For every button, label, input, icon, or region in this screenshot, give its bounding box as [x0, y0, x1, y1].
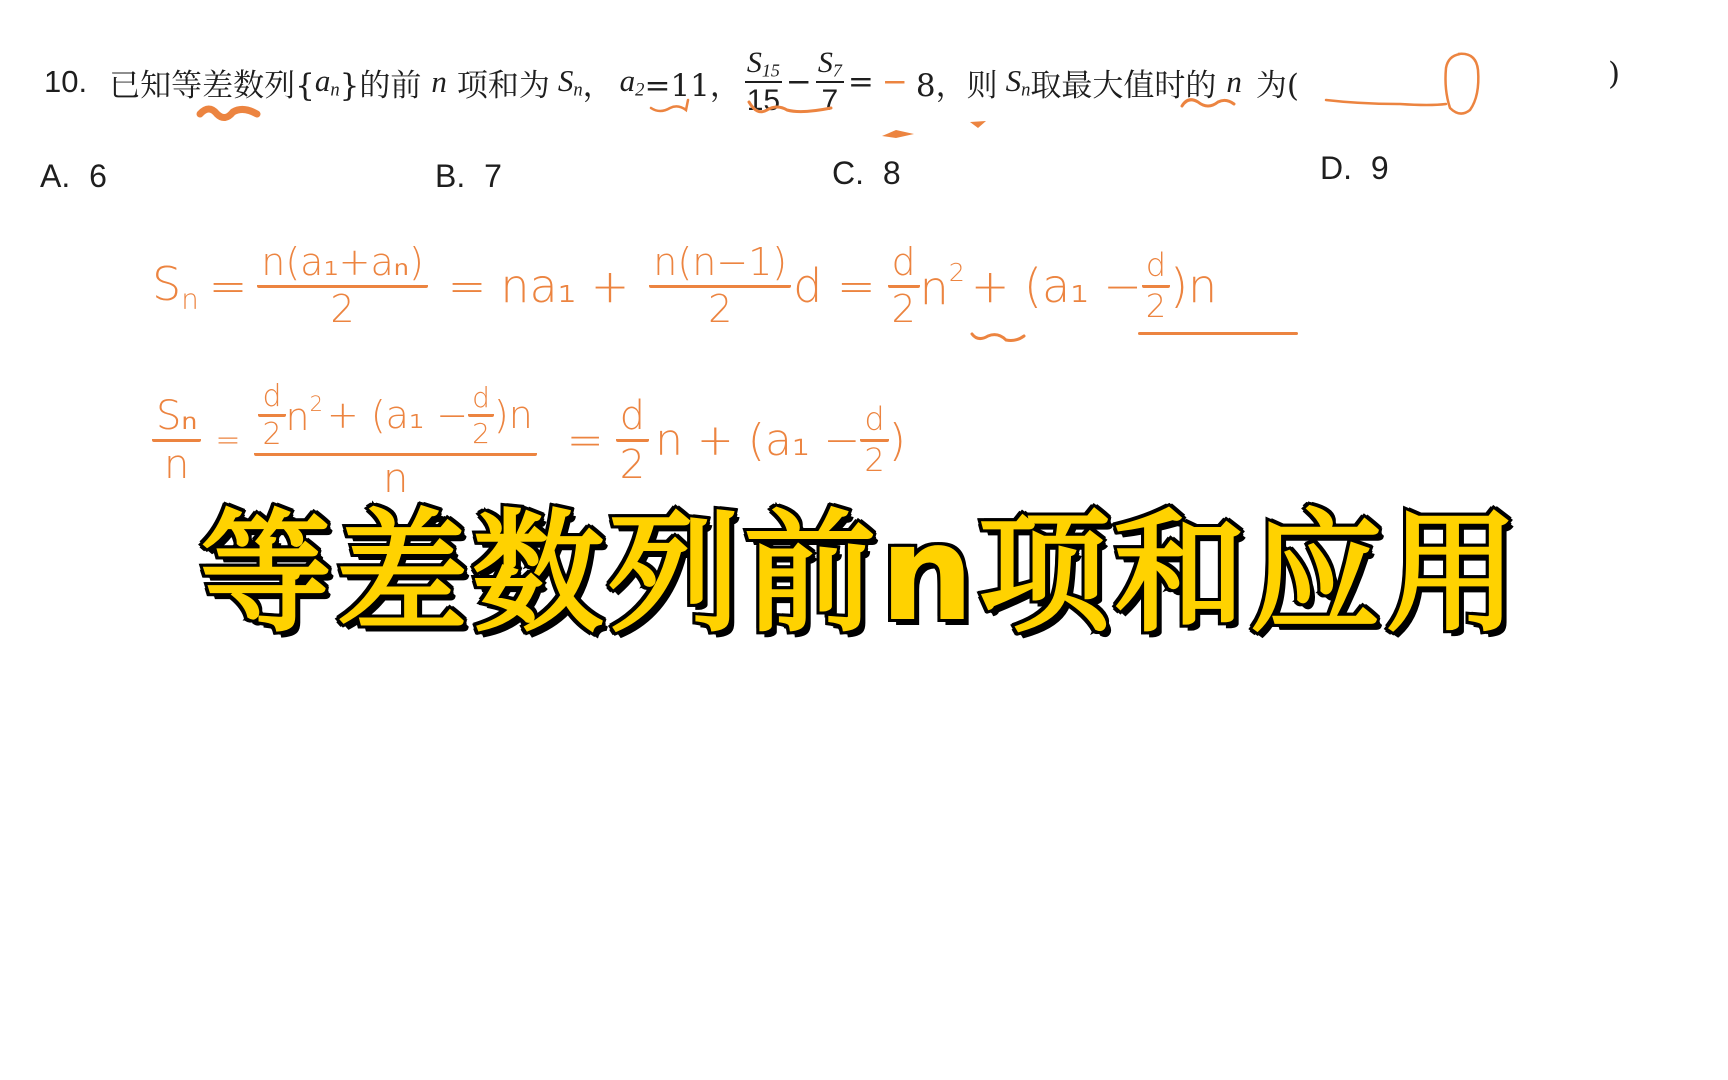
hw-frac-d-over-2-e: d 2 [616, 395, 649, 486]
arrow-under-15-icon [878, 124, 918, 144]
question-text-2: }的前 [340, 60, 422, 105]
hw-squiggle-under-2-icon [968, 328, 1028, 346]
hw-plus-a1-minus-b: + (a₁ − [327, 396, 468, 436]
tick-under-7-icon [966, 118, 990, 130]
a-2: a2 [620, 63, 645, 102]
hw-close-n: )n [1170, 259, 1217, 313]
hw-big-fraction-denominator: n [383, 456, 408, 500]
hw-frac-Sn-over-n: Sₙ n [152, 395, 201, 486]
hw-frac-n-a1-an-over-2: n(a₁+aₙ) 2 [257, 243, 428, 330]
question-text-1: 已知等差数列{ [109, 60, 315, 105]
var-n: n [431, 64, 447, 100]
option-a-label: A. [40, 158, 70, 194]
squiggle-under-dengcha-icon [195, 100, 265, 126]
option-c-label: C. [832, 155, 864, 191]
handwriting-row-1: Sn = n(a₁+aₙ) 2 = na₁ + n(n−1) 2 d = d 2… [152, 236, 1217, 336]
hw-frac-n-n-1-over-2: n(n−1) 2 [649, 243, 791, 330]
handwriting-row-2: Sₙ n = d 2 n2 + (a₁ − d 2 )n n = d 2 n +… [152, 370, 906, 510]
option-b: B. 7 [435, 158, 502, 195]
answer-close-paren: ) [1608, 56, 1620, 92]
hw-n2-b: n2 [286, 394, 323, 438]
equals-sign: = [848, 64, 874, 100]
option-a: A. 6 [40, 158, 107, 195]
squiggle-under-Sn-icon [648, 98, 692, 118]
hw-frac-d-over-2-c: d 2 [258, 381, 285, 451]
question-text-4: 8，则 [916, 60, 998, 105]
hw-big-fraction: d 2 n2 + (a₁ − d 2 )n n [254, 381, 536, 500]
hw-n-squared: n2 [920, 258, 965, 315]
hw-eq-4: = [567, 415, 604, 466]
hw-plus-a1-minus: + (a₁ − [971, 259, 1142, 313]
hw-eq-1: = [209, 259, 248, 313]
S-n: Sn [558, 63, 583, 102]
option-b-value: 7 [484, 158, 502, 194]
hw-d-eq: d = [793, 259, 875, 313]
hw-eq-2: = [448, 259, 487, 313]
hw-Sn: Sn [152, 257, 199, 315]
hw-close-n-b: )n [494, 396, 533, 436]
hw-frac-d-over-2-a: d 2 [888, 243, 920, 330]
hw-frac-d-over-2-b: d 2 [1142, 249, 1170, 323]
hw-n-plus-a1-minus: n + (a₁ − [655, 415, 860, 466]
option-a-value: 6 [89, 158, 107, 194]
option-d-value: 9 [1371, 150, 1389, 186]
question-number: 10. [44, 64, 87, 100]
minus-sign: − [786, 64, 812, 100]
question-text-3: 项和为 [457, 60, 550, 105]
hw-close-paren: ) [889, 415, 906, 466]
hw-frac-d-over-2-d: d 2 [468, 383, 494, 449]
comma: ， [583, 60, 614, 105]
option-c-value: 8 [883, 155, 901, 191]
hw-underline-linear-term [1138, 332, 1298, 335]
option-c: C. 8 [832, 155, 901, 192]
hw-frac-d-over-2-f: d 2 [860, 403, 888, 477]
squiggle-under-Sn-2-icon [1178, 92, 1238, 114]
hw-eq-3: = [215, 423, 240, 458]
squiggle-under-a2-icon [745, 96, 835, 120]
option-d: D. 9 [1320, 150, 1389, 187]
hw-na1-plus: na₁ + [500, 259, 629, 313]
negative-sign-annotated: − [882, 64, 908, 100]
a-n: an [315, 63, 340, 102]
option-b-label: B. [435, 158, 465, 194]
question-text-6: 为( [1256, 60, 1299, 105]
option-d-label: D. [1320, 150, 1352, 186]
hw-big-fraction-numerator: d 2 n2 + (a₁ − d 2 )n [254, 381, 536, 456]
S-n-2: Sn [1006, 63, 1031, 102]
underline-and-circle-n-icon [1320, 50, 1490, 122]
video-title-overlay: 等差数列前n项和应用 [200, 508, 1522, 640]
